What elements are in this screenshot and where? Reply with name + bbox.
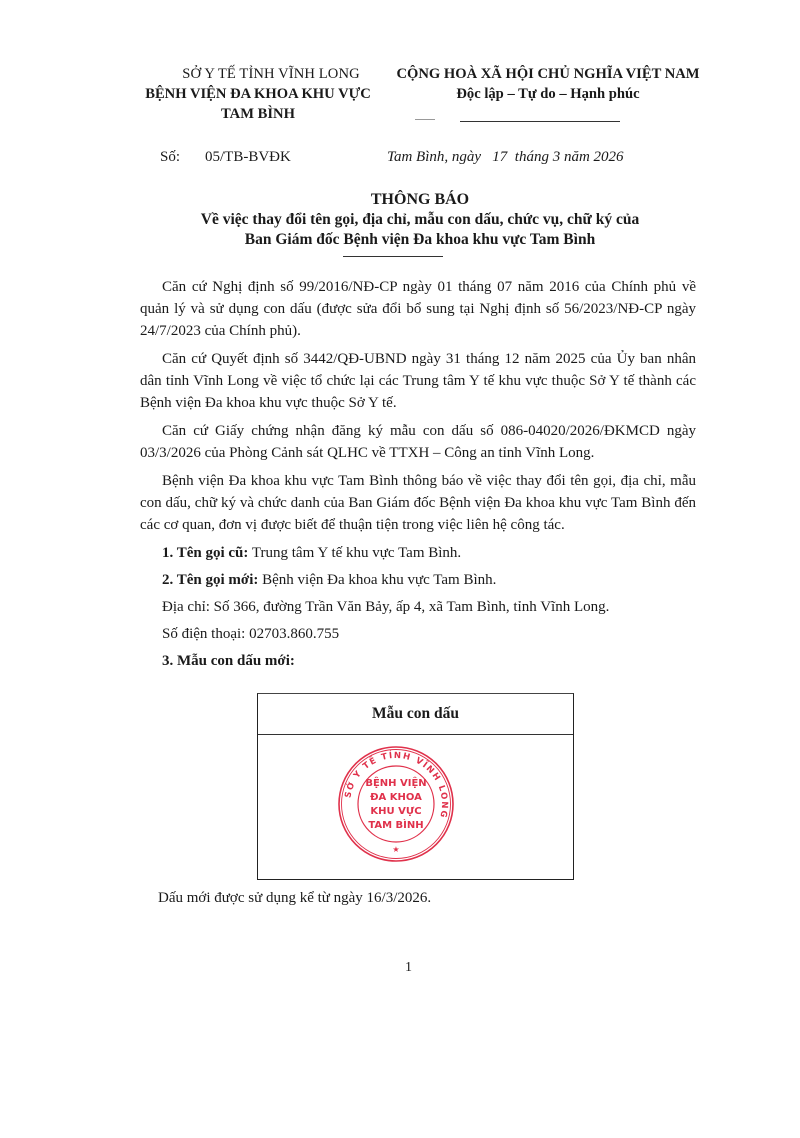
place-and-date: Tam Bình, ngày 17 tháng 3 năm 2026 — [387, 149, 624, 166]
national-motto: Độc lập – Tự do – Hạnh phúc — [388, 84, 708, 104]
document-number-label: Số: — [160, 149, 180, 166]
seal-sample-box: Mẫu con dấu SỞ Y TẾ TỈNH VĨNH LONG BỆNH … — [257, 693, 574, 880]
page-number: 1 — [405, 960, 412, 976]
title-subtitle-line2: Ban Giám đốc Bệnh viện Đa khoa khu vực T… — [140, 230, 700, 250]
document-number: 05/TB-BVĐK — [205, 149, 291, 166]
motto-underline — [460, 121, 620, 122]
svg-text:BỆNH VIỆN: BỆNH VIỆN — [365, 776, 426, 789]
divider — [415, 119, 435, 120]
issuing-unit-line2: TAM BÌNH — [118, 104, 398, 124]
new-name-value: Bệnh viện Đa khoa khu vực Tam Bình. — [258, 572, 496, 588]
old-name-item: 1. Tên gọi cũ: Trung tâm Y tế khu vực Ta… — [162, 542, 696, 564]
svg-text:ĐA KHOA: ĐA KHOA — [370, 792, 422, 803]
nation-name: CỘNG HOÀ XÃ HỘI CHỦ NGHĨA VIỆT NAM — [388, 64, 708, 84]
phone-item: Số điện thoại: 02703.860.755 — [162, 623, 696, 645]
national-heading: CỘNG HOÀ XÃ HỘI CHỦ NGHĨA VIỆT NAM Độc l… — [388, 64, 708, 104]
seal-effective-date: Dấu mới được sử dụng kể từ ngày 16/3/202… — [158, 890, 431, 907]
official-seal-icon: SỞ Y TẾ TỈNH VĨNH LONG BỆNH VIỆN ĐA KHOA… — [336, 744, 456, 864]
svg-text:KHU VỰC: KHU VỰC — [370, 806, 421, 817]
document-page: SỞ Y TẾ TỈNH VĨNH LONG BỆNH VIỆN ĐA KHOA… — [0, 0, 800, 1138]
address-item: Địa chỉ: Số 366, đường Trần Văn Bảy, ấp … — [162, 596, 696, 618]
new-name-label: 2. Tên gọi mới: — [162, 572, 258, 588]
reference-line: Số: 05/TB-BVĐK Tam Bình, ngày 17 tháng 3… — [160, 149, 700, 169]
title-subtitle-line1: Về việc thay đổi tên gọi, địa chỉ, mẫu c… — [140, 210, 700, 230]
legal-basis-paragraph: Căn cứ Giấy chứng nhận đăng ký mẫu con d… — [140, 420, 696, 464]
document-title: THÔNG BÁO Về việc thay đổi tên gọi, địa … — [140, 190, 700, 250]
old-name-label: 1. Tên gọi cũ: — [162, 545, 248, 561]
old-name-value: Trung tâm Y tế khu vực Tam Bình. — [248, 545, 461, 561]
title-underline — [343, 256, 443, 257]
seal-section-label: 3. Mẫu con dấu mới: — [162, 650, 696, 672]
document-body: Căn cứ Nghị định số 99/2016/NĐ-CP ngày 0… — [140, 276, 696, 677]
seal-box-header: Mẫu con dấu — [258, 694, 573, 735]
svg-text:TAM BÌNH: TAM BÌNH — [368, 818, 423, 831]
announcement-paragraph: Bệnh viện Đa khoa khu vực Tam Bình thông… — [140, 470, 696, 536]
issuing-authority: SỞ Y TẾ TỈNH VĨNH LONG BỆNH VIỆN ĐA KHOA… — [118, 64, 398, 124]
legal-basis-paragraph: Căn cứ Nghị định số 99/2016/NĐ-CP ngày 0… — [140, 276, 696, 342]
new-name-item: 2. Tên gọi mới: Bệnh viện Đa khoa khu vự… — [162, 569, 696, 591]
issuing-unit-line1: BỆNH VIỆN ĐA KHOA KHU VỰC — [118, 84, 398, 104]
title-main: THÔNG BÁO — [140, 190, 700, 210]
legal-basis-paragraph: Căn cứ Quyết định số 3442/QĐ-UBND ngày 3… — [140, 348, 696, 414]
svg-text:★: ★ — [392, 845, 399, 854]
parent-agency: SỞ Y TẾ TỈNH VĨNH LONG — [118, 64, 398, 84]
